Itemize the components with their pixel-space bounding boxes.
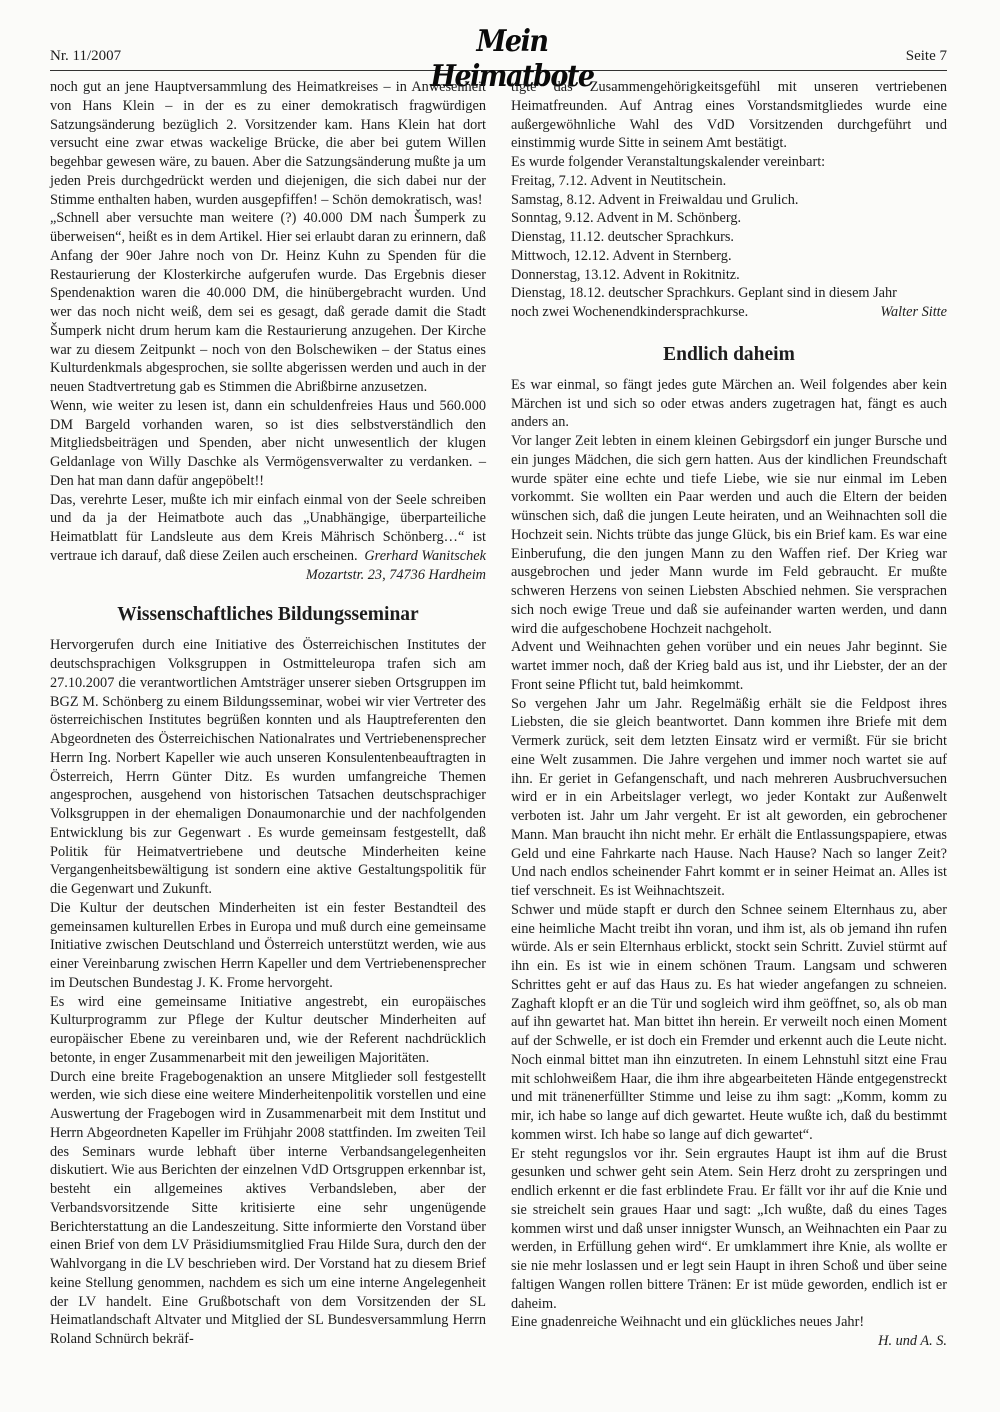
story-paragraph: Vor langer Zeit lebten in einem kleinen … — [511, 432, 947, 638]
seminar-paragraph: Hervorgerufen durch eine Initiative des … — [50, 636, 486, 899]
story-author: H. und A. S. — [511, 1332, 947, 1351]
story-paragraph: Advent und Weihnachten gehen vorüber und… — [511, 638, 947, 694]
story-headline: Endlich daheim — [511, 344, 947, 366]
letter-paragraph: noch gut an jene Hauptversammlung des He… — [50, 78, 486, 209]
story-paragraph: So vergehen Jahr um Jahr. Regelmäßig erh… — [511, 695, 947, 901]
seminar-paragraph: Durch eine breite Fragebogenaktion an un… — [50, 1068, 486, 1349]
newspaper-page: Nr. 11/2007 Mein Heimatbote Seite 7 noch… — [50, 0, 947, 1412]
story-paragraph: Er steht regungslos vor ihr. Sein ergrau… — [511, 1145, 947, 1314]
left-column: noch gut an jene Hauptversammlung des He… — [50, 78, 486, 1349]
page-number: Seite 7 — [906, 48, 947, 65]
calendar-entry: Sonntag, 9.12. Advent in M. Schönberg. — [511, 209, 947, 228]
page-header: Nr. 11/2007 Mein Heimatbote Seite 7 — [50, 28, 947, 71]
calendar-entry: Donnerstag, 13.12. Advent in Rokitnitz. — [511, 266, 947, 285]
calendar-entry: Samstag, 8.12. Advent in Freiwaldau und … — [511, 191, 947, 210]
story-paragraph: Eine gnadenreiche Weihnacht und ein glüc… — [511, 1313, 947, 1332]
calendar-entry: Mittwoch, 12.12. Advent in Sternberg. — [511, 247, 947, 266]
calendar-entry: noch zwei Wochenendkindersprachkurse. — [511, 303, 748, 322]
right-column: tigte das Zusammengehörigkeitsgefühl mit… — [511, 78, 947, 1351]
calendar-entry: Dienstag, 11.12. deutscher Sprachkurs. — [511, 228, 947, 247]
calendar-intro: Es wurde folgender Veranstaltungskalende… — [511, 153, 947, 172]
seminar-continued: tigte das Zusammengehörigkeitsgefühl mit… — [511, 78, 947, 153]
seminar-paragraph: Die Kultur der deutschen Minderheiten is… — [50, 899, 486, 993]
letter-paragraph: „Schnell aber versuchte man weitere (?) … — [50, 209, 486, 397]
calendar-entry: Dienstag, 18.12. deutscher Sprachkurs. G… — [511, 284, 947, 303]
seminar-headline: Wissenschaftliches Bildungsseminar — [50, 604, 486, 626]
story-paragraph: Schwer und müde stapft er durch den Schn… — [511, 901, 947, 1145]
story-paragraph: Es war einmal, so fängt jedes gute Märch… — [511, 376, 947, 432]
letter-address: Mozartstr. 23, 74736 Hardheim — [50, 566, 486, 585]
seminar-author: Walter Sitte — [880, 303, 947, 322]
calendar-entry: Freitag, 7.12. Advent in Neutitschein. — [511, 172, 947, 191]
calendar-last-line: noch zwei Wochenendkindersprachkurse. Wa… — [511, 303, 947, 322]
issue-number: Nr. 11/2007 — [50, 48, 121, 65]
letter-paragraph: Wenn, wie weiter zu lesen ist, dann ein … — [50, 397, 486, 491]
seminar-paragraph: Es wird eine gemeinsame Initiative anges… — [50, 993, 486, 1068]
